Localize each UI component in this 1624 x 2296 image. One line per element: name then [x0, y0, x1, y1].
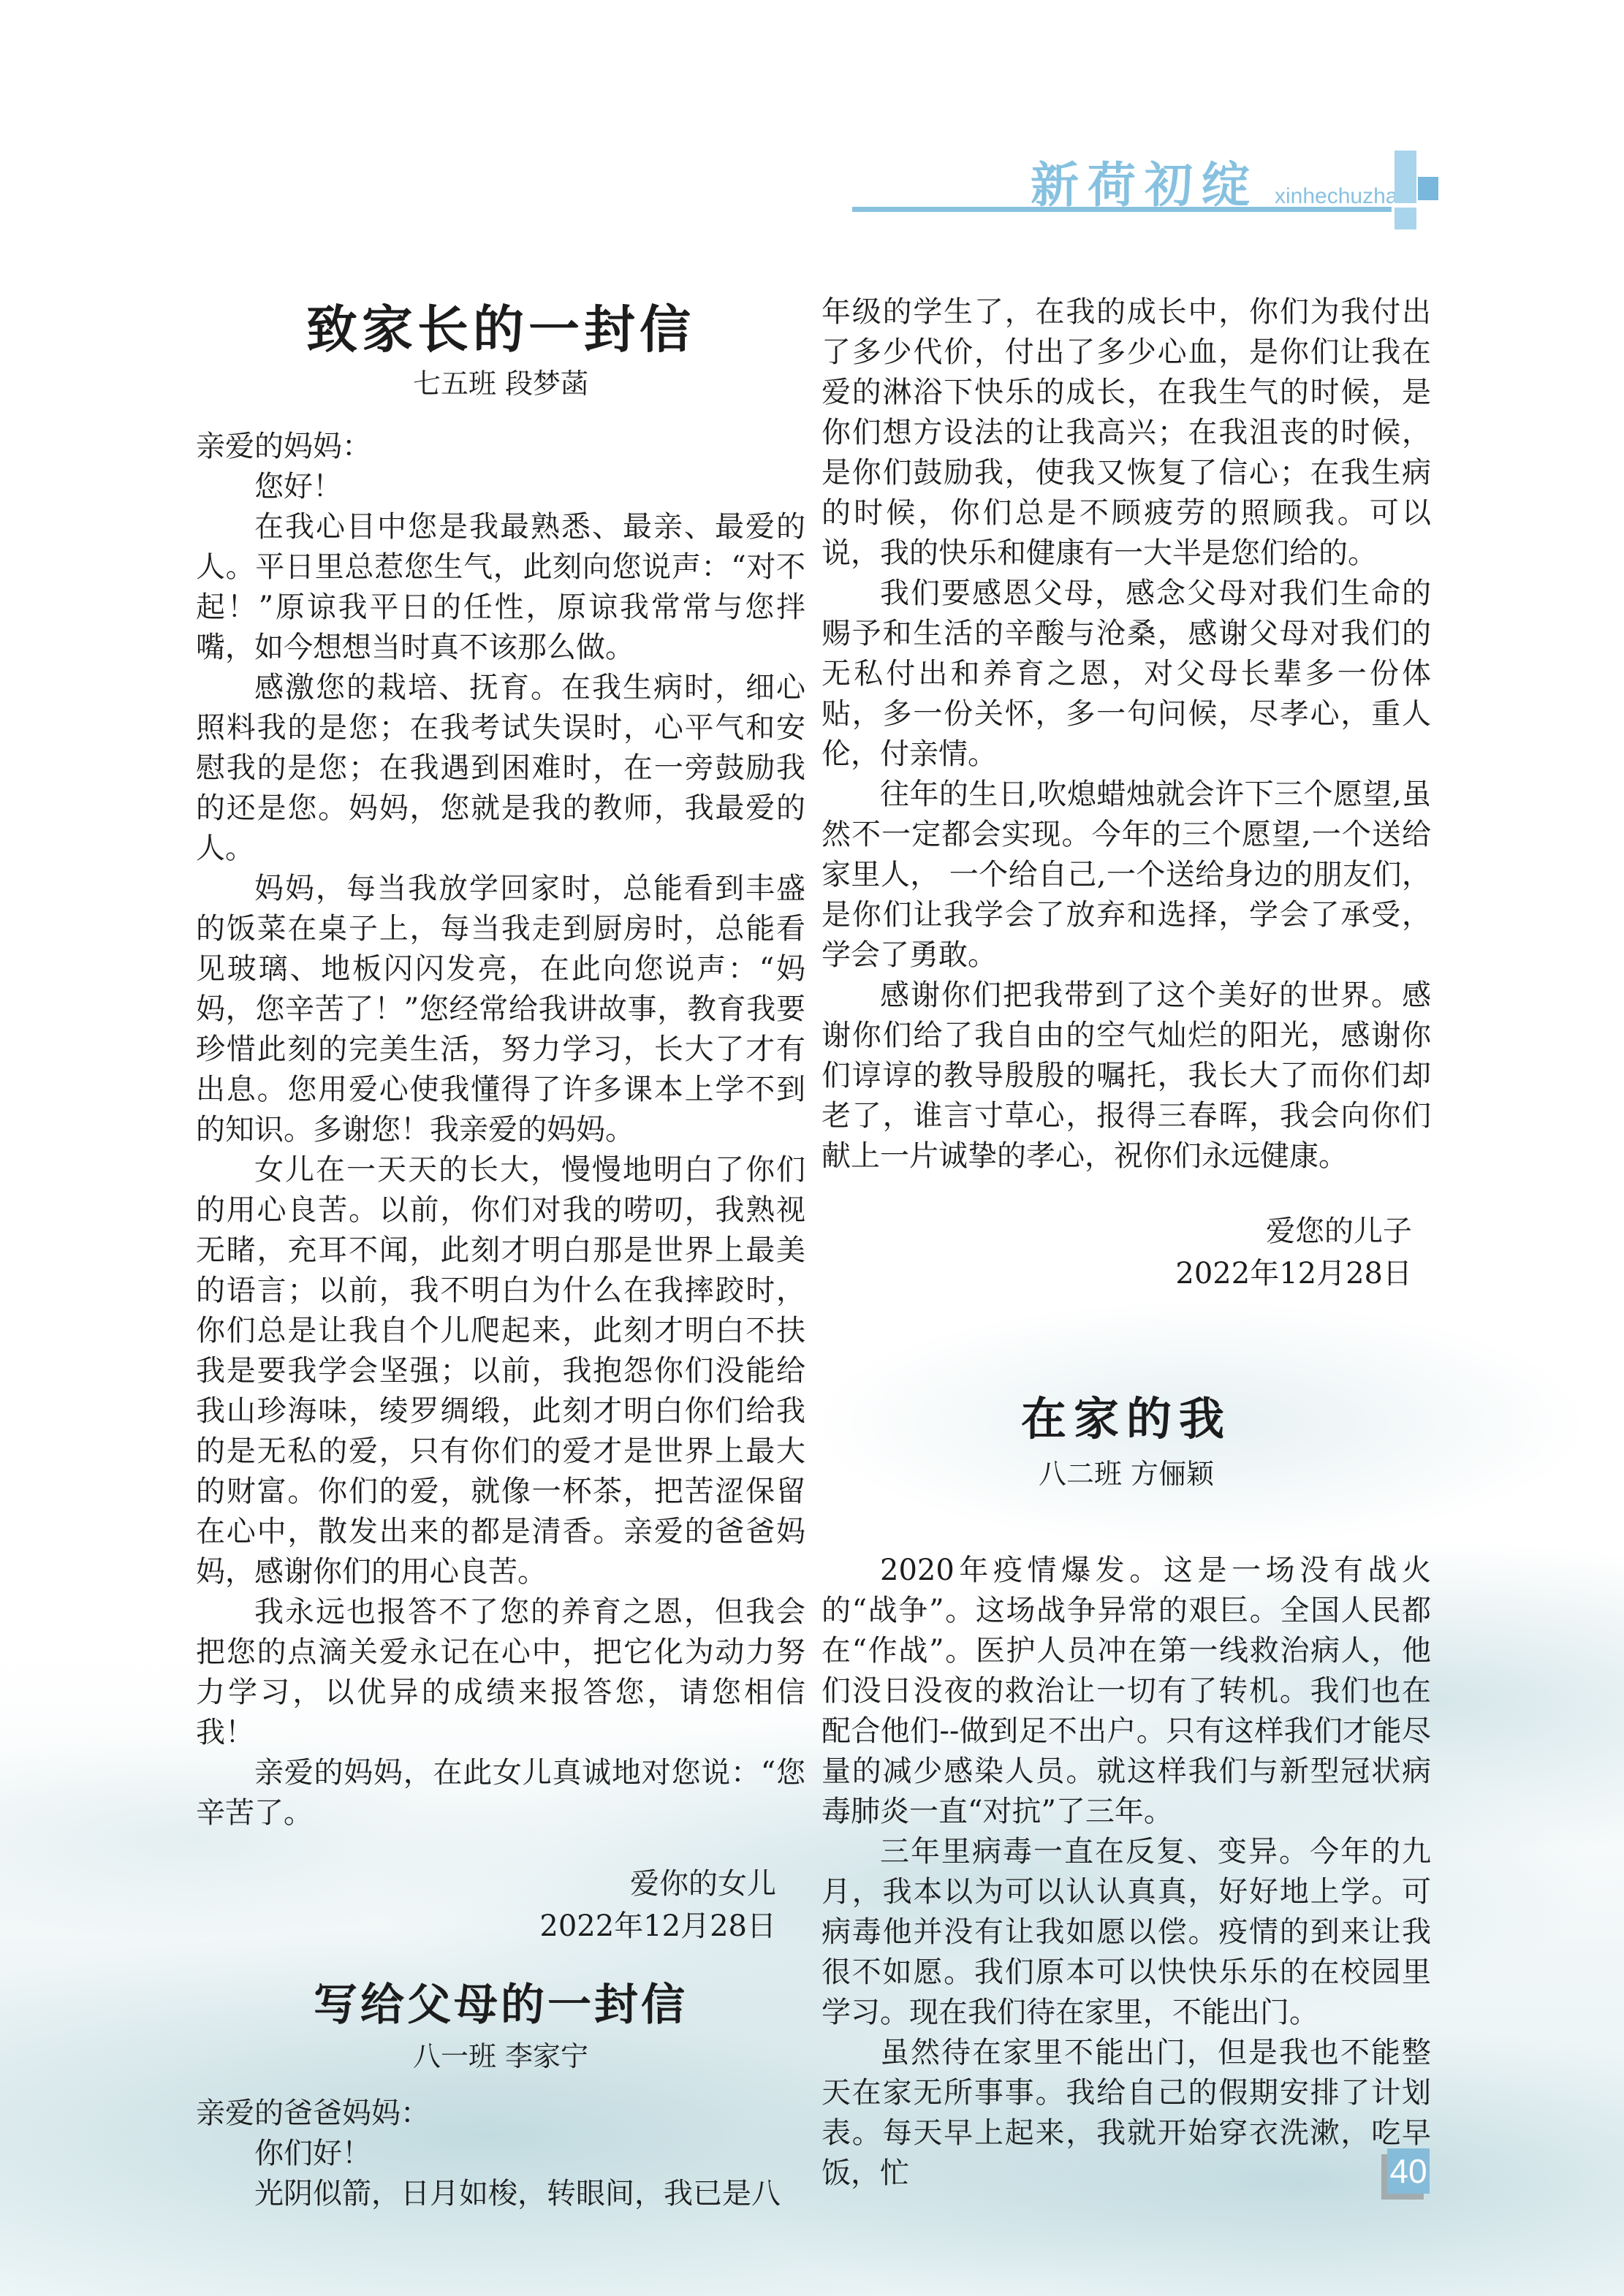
header-rule [852, 207, 1392, 212]
paragraph: 年级的学生了，在我的成长中，你们为我付出了多少代价，付出了多少心血，是你们让我在… [822, 292, 1431, 574]
paragraph: 2020年疫情爆发。这是一场没有战火的“战争”。这场战争异常的艰巨。全国人民都在… [822, 1551, 1431, 1832]
signature-date: 2022年12月28日 [196, 1905, 776, 1947]
signature-name: 爱你的女儿 [196, 1863, 776, 1905]
paragraph: 您好！ [196, 467, 805, 507]
magazine-page: 新荷初绽 xinhechuzhan 致家长的一封信 七五班 段梦菡 亲爱的妈妈：… [0, 0, 1624, 2296]
paragraph: 感激您的栽培、抚育。在我生病时，细心照料我的是您；在我考试失误时，心平气和安慰我… [196, 668, 805, 869]
paragraph: 往年的生日,吹熄蜡烛就会许下三个愿望,虽然不一定都会实现。今年的三个愿望,一个送… [822, 775, 1431, 976]
magazine-logo-pinyin: xinhechuzhan [1275, 184, 1410, 209]
decor-square-icon [1418, 177, 1438, 200]
article-2-body-continued: 年级的学生了，在我的成长中，你们为我付出了多少代价，付出了多少心血，是你们让我在… [822, 292, 1431, 1176]
page-number-badge: 40 [1387, 2148, 1430, 2194]
paragraph: 亲爱的爸爸妈妈： [196, 2094, 805, 2134]
paragraph: 我永远也报答不了您的养育之恩，但我会把您的点滴关爱永记在心中，把它化为动力努力学… [196, 1592, 805, 1753]
paragraph: 光阴似箭，日月如梭，转眼间，我已是八 [196, 2174, 805, 2214]
article-1-signature: 爱你的女儿 2022年12月28日 [196, 1863, 805, 1947]
article-1-body: 亲爱的妈妈：您好！在我心目中您是我最熟悉、最亲、最爱的人。平日里总惹您生气，此刻… [196, 427, 805, 1833]
paragraph: 在我心目中您是我最熟悉、最亲、最爱的人。平日里总惹您生气，此刻向您说声：“对不起… [196, 507, 805, 668]
paragraph: 你们好！ [196, 2134, 805, 2174]
decor-square-icon [1395, 208, 1416, 229]
article-2-body-intro: 亲爱的爸爸妈妈：你们好！光阴似箭，日月如梭，转眼间，我已是八 [196, 2094, 805, 2214]
article-2-author: 八一班 李家宁 [196, 2038, 805, 2075]
article-1-title: 致家长的一封信 [196, 298, 805, 361]
article-2-title: 写给父母的一封信 [196, 1977, 805, 2034]
article-2-signature: 爱您的儿子 2022年12月28日 [822, 1210, 1431, 1295]
paragraph: 亲爱的妈妈： [196, 427, 805, 467]
right-column: 年级的学生了，在我的成长中，你们为我付出了多少代价，付出了多少心血，是你们让我在… [822, 292, 1431, 2194]
paragraph: 三年里病毒一直在反复、变异。今年的九月，我本以为可以认认真真，好好地上学。可病毒… [822, 1832, 1431, 2033]
signature-name: 爱您的儿子 [822, 1210, 1412, 1252]
decor-square-icon [1395, 151, 1416, 203]
signature-date: 2022年12月28日 [822, 1252, 1412, 1295]
paragraph: 感谢你们把我带到了这个美好的世界。感谢你们给了我自由的空气灿烂的阳光，感谢你们谆… [822, 976, 1431, 1176]
paragraph: 妈妈，每当我放学回家时，总能看到丰盛的饭菜在桌子上，每当我走到厨房时，总能看见玻… [196, 869, 805, 1150]
paragraph: 亲爱的妈妈，在此女儿真诚地对您说：“您辛苦了。 [196, 1753, 805, 1833]
magazine-logo-text: 新荷初绽 [1031, 146, 1259, 216]
paragraph: 我们要感恩父母，感念父母对我们生命的赐予和生活的辛酸与沧桑，感谢父母对我们的无私… [822, 574, 1431, 775]
article-3-body: 2020年疫情爆发。这是一场没有战火的“战争”。这场战争异常的艰巨。全国人民都在… [822, 1551, 1431, 2194]
article-3-author: 八二班 方俪颖 [822, 1456, 1431, 1492]
article-1-author: 七五班 段梦菡 [196, 365, 805, 402]
paragraph: 虽然待在家里不能出门，但是我也不能整天在家无所事事。我给自己的假期安排了计划表。… [822, 2033, 1431, 2194]
paragraph: 女儿在一天天的长大，慢慢地明白了你们的用心良苦。以前，你们对我的唠叨，我熟视无睹… [196, 1150, 805, 1592]
left-column: 致家长的一封信 七五班 段梦菡 亲爱的妈妈：您好！在我心目中您是我最熟悉、最亲、… [196, 298, 805, 2214]
article-3-title: 在家的我 [822, 1390, 1431, 1448]
